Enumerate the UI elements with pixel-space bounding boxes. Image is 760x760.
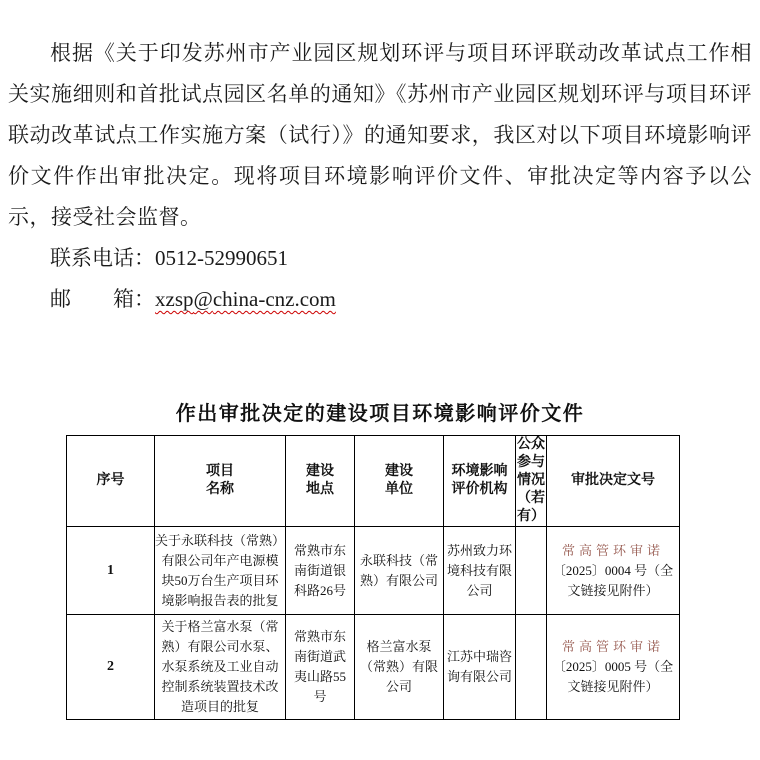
- email-address[interactable]: xzsp@china-cnz.com: [155, 287, 336, 311]
- table-header-row: 序号 项目 名称 建设 地点 建设 单位 环境影响 评价机构 公众 参与 情况 …: [67, 436, 680, 527]
- approval-no-rest: 〔2025〕0005 号（全 文链接见附件）: [547, 657, 679, 697]
- contact-block: 联系电话：0512-52990651 邮 箱：xzsp@china-cnz.co…: [50, 238, 760, 320]
- col-header-builder: 建设 单位: [355, 436, 444, 527]
- phone-number: 0512-52990651: [155, 246, 288, 270]
- col-header-project-name: 项目 名称: [155, 436, 286, 527]
- contact-email-line: 邮 箱：xzsp@china-cnz.com: [50, 279, 760, 320]
- table-row: 2 关于格兰富水泵（常 熟）有限公司水泵、 水泵系统及工业自动 控制系统装置技术…: [67, 615, 680, 720]
- cell-location: 常熟市东 南街道银 科路26号: [286, 527, 355, 615]
- col-header-approval-no: 审批决定文号: [547, 436, 680, 527]
- cell-public-participation: [516, 527, 547, 615]
- col-header-location: 建设 地点: [286, 436, 355, 527]
- public-notice-document: 根据《关于印发苏州市产业园区规划环评与项目环评联动改革试点工作相关实施细则和首批…: [0, 0, 760, 760]
- approval-table: 序号 项目 名称 建设 地点 建设 单位 环境影响 评价机构 公众 参与 情况 …: [66, 435, 680, 720]
- col-header-seq: 序号: [67, 436, 155, 527]
- email-domain: china-cnz.com: [213, 287, 336, 311]
- phone-label: 联系电话：: [50, 246, 155, 270]
- table-row: 1 关于永联科技（常熟） 有限公司年产电源模 块50万台生产项目环 境影响报告表…: [67, 527, 680, 615]
- cell-eia-agency: 江苏中瑞咨 询有限公司: [444, 615, 516, 720]
- cell-public-participation: [516, 615, 547, 720]
- email-user: xzsp: [155, 287, 194, 311]
- email-at-sign: @: [194, 287, 213, 311]
- cell-location: 常熟市东 南街道武 夷山路55 号: [286, 615, 355, 720]
- cell-seq: 2: [67, 615, 155, 720]
- notice-paragraph: 根据《关于印发苏州市产业园区规划环评与项目环评联动改革试点工作相关实施细则和首批…: [8, 33, 752, 238]
- email-label: 邮 箱：: [50, 287, 155, 311]
- cell-project-name: 关于格兰富水泵（常 熟）有限公司水泵、 水泵系统及工业自动 控制系统装置技术改 …: [155, 615, 286, 720]
- cell-builder: 永联科技（常 熟）有限公司: [355, 527, 444, 615]
- approval-no-rest: 〔2025〕0004 号（全 文链接见附件）: [547, 561, 679, 601]
- cell-approval-no: 常高管环审诺〔2025〕0005 号（全 文链接见附件）: [547, 615, 680, 720]
- cell-seq: 1: [67, 527, 155, 615]
- cell-approval-no: 常高管环审诺〔2025〕0004 号（全 文链接见附件）: [547, 527, 680, 615]
- approval-no-link[interactable]: 常高管环审诺: [547, 541, 679, 561]
- col-header-eia-agency: 环境影响 评价机构: [444, 436, 516, 527]
- cell-builder: 格兰富水泵 （常熟）有限 公司: [355, 615, 444, 720]
- cell-project-name: 关于永联科技（常熟） 有限公司年产电源模 块50万台生产项目环 境影响报告表的批…: [155, 527, 286, 615]
- contact-phone-line: 联系电话：0512-52990651: [50, 238, 760, 279]
- approval-no-link[interactable]: 常高管环审诺: [547, 637, 679, 657]
- table-title: 作出审批决定的建设项目环境影响评价文件: [0, 397, 760, 426]
- col-header-public-participation: 公众 参与 情况 （若 有）: [516, 436, 547, 527]
- cell-eia-agency: 苏州致力环 境科技有限 公司: [444, 527, 516, 615]
